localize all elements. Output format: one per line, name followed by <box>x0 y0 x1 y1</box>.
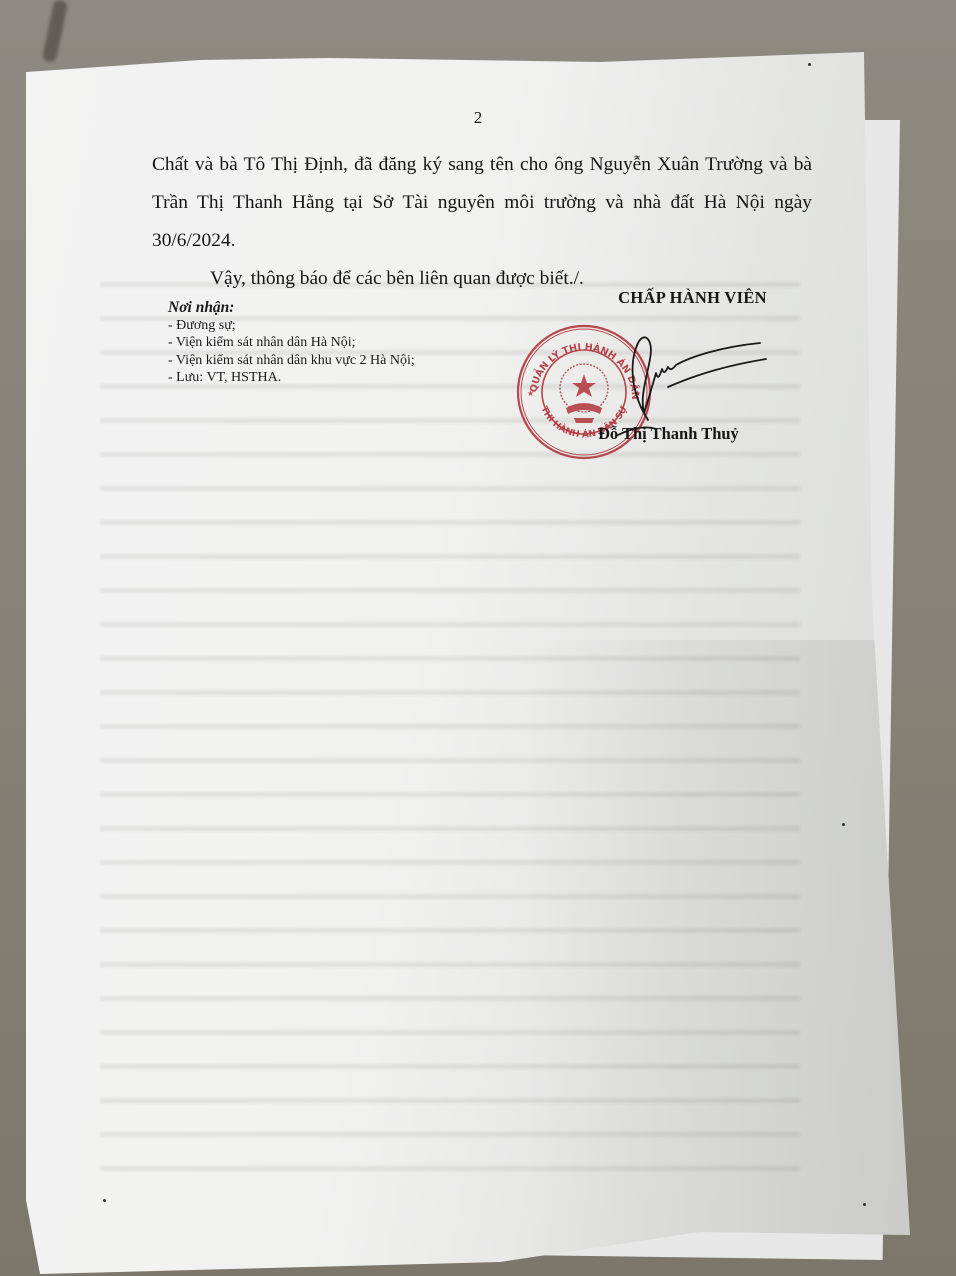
svg-text:★: ★ <box>527 389 534 398</box>
paper-shadow <box>520 640 940 1276</box>
recipient-item: - Viện kiểm sát nhân dân Hà Nội; <box>168 334 415 352</box>
floor-mark <box>42 0 69 63</box>
paper-speck <box>842 823 845 826</box>
recipients-block: Nơi nhận: - Đương sự; - Viện kiểm sát nh… <box>168 299 415 387</box>
signer-title: CHẤP HÀNH VIÊN <box>610 288 775 308</box>
body-paragraph-1: Chất và bà Tô Thị Định, đã đăng ký sang … <box>152 146 812 260</box>
signature-block: CHẤP HÀNH VIÊN <box>555 288 775 308</box>
signer-name: Đỗ Thị Thanh Thuỷ <box>598 424 739 444</box>
recipient-item: - Viện kiểm sát nhân dân khu vực 2 Hà Nộ… <box>168 352 415 370</box>
body-text: Chất và bà Tô Thị Định, đã đăng ký sang … <box>152 146 812 298</box>
recipients-title: Nơi nhận: <box>168 299 415 317</box>
paper-speck <box>103 1199 106 1202</box>
recipient-item: - Đương sự; <box>168 317 415 335</box>
paper-speck <box>808 63 811 66</box>
page-number: 2 <box>0 108 956 128</box>
paper-speck <box>863 1203 866 1206</box>
recipient-item: - Lưu: VT, HSTHA. <box>168 369 415 387</box>
